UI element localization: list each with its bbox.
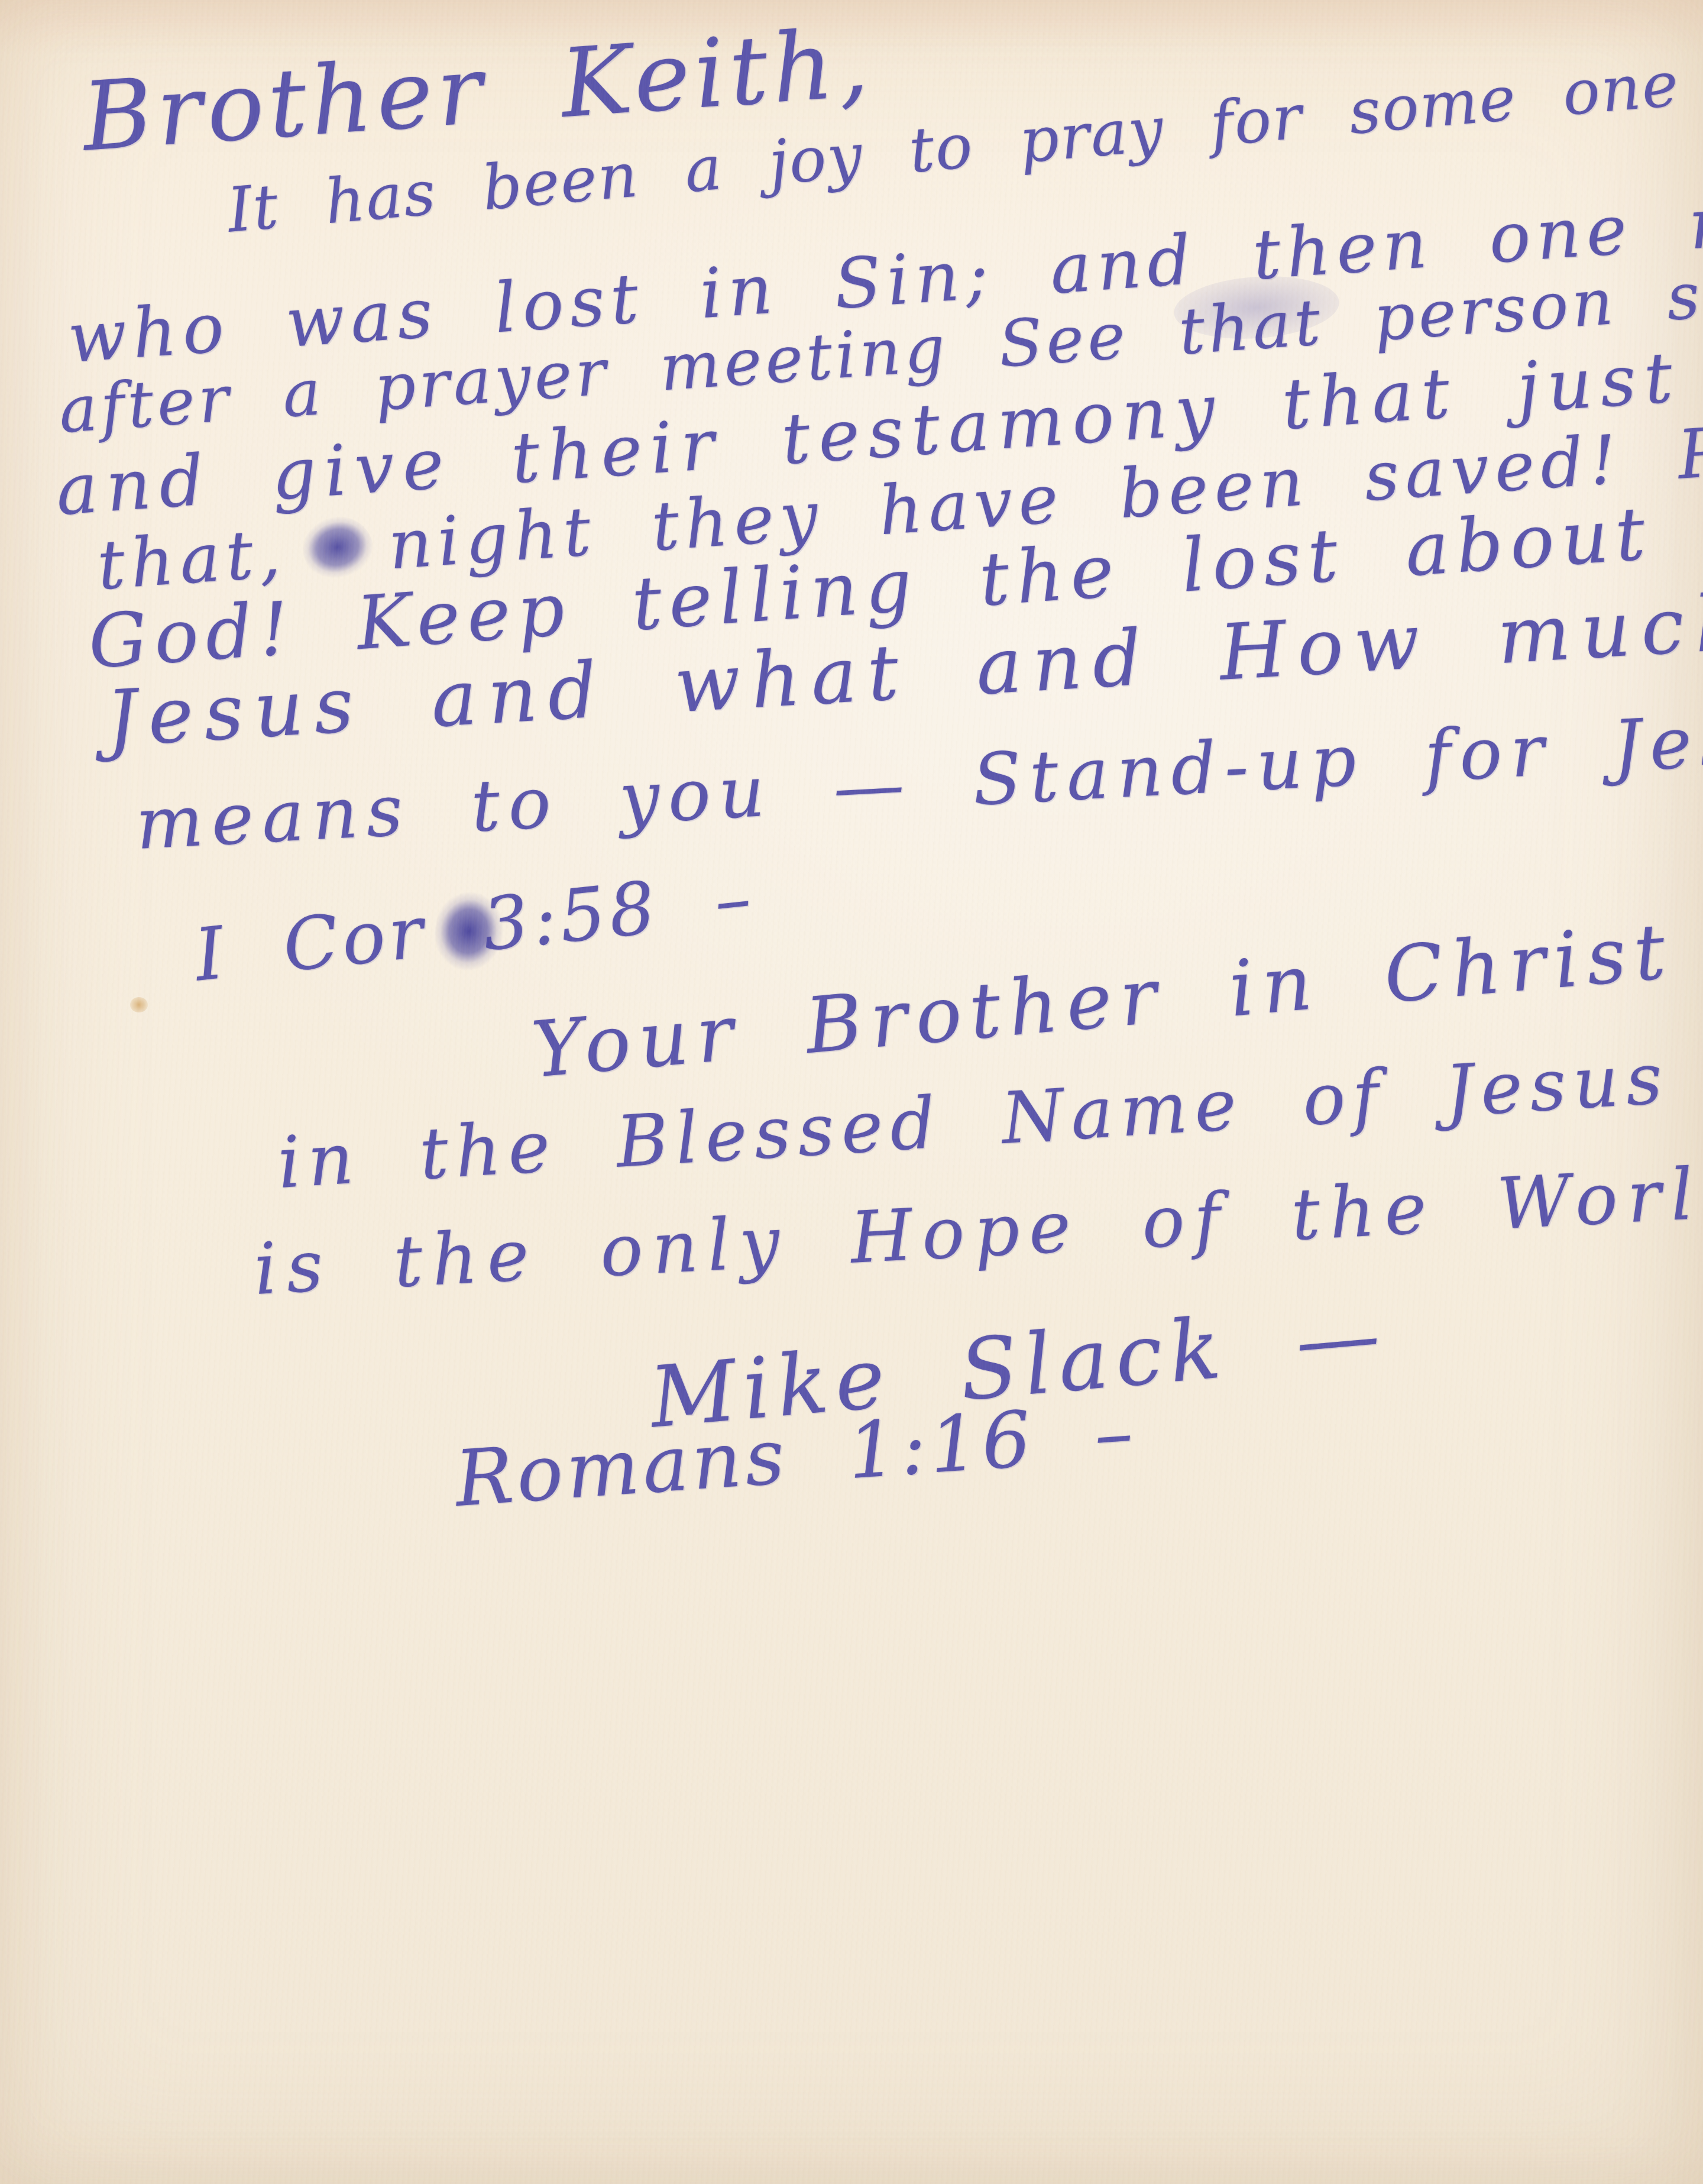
paper-stain bbox=[130, 997, 148, 1012]
scribbled-out-word bbox=[296, 508, 381, 591]
letter-page: Brother Keith, It has been a joy to pray… bbox=[0, 0, 1703, 2184]
